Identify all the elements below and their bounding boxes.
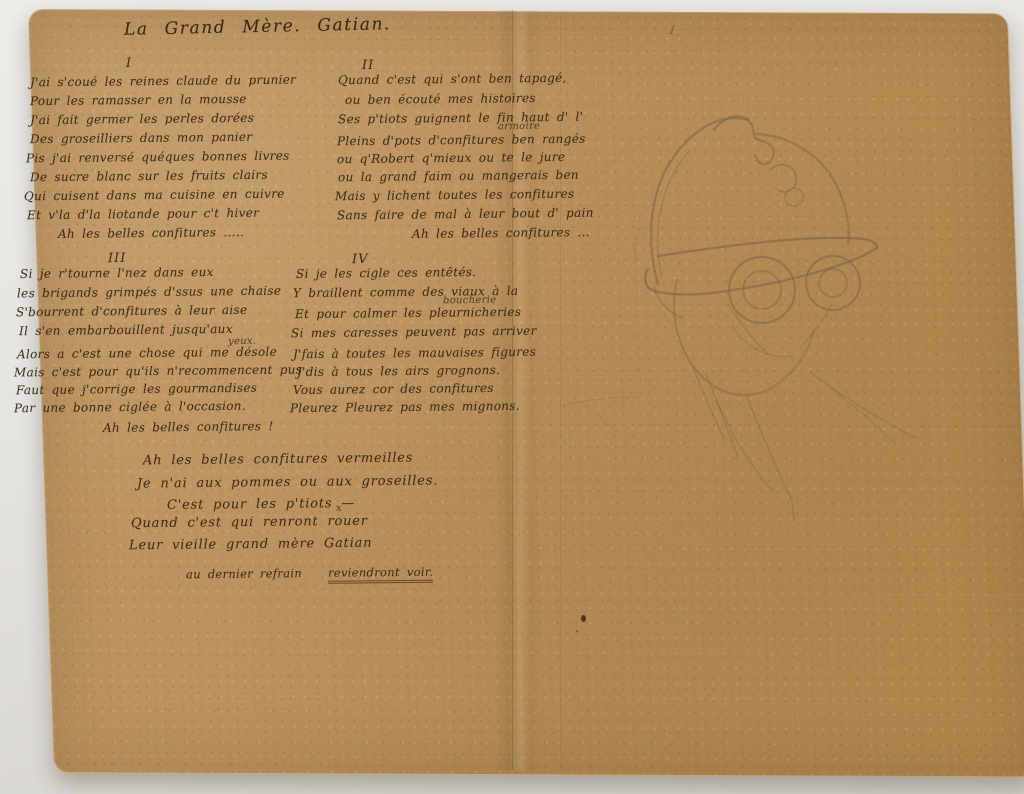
stanza-3-line: S'bourrent d'confitures à leur aise: [16, 303, 247, 319]
stanza-2-line: Mais y lichent toutes les confitures: [335, 187, 574, 204]
stanza-1-line: Pour les ramasser en la mousse: [30, 92, 247, 108]
stanza-3-line: Faut que j'corrige les gourmandises: [16, 381, 257, 398]
stanza-1-line: Qui cuisent dans ma cuisine en cuivre: [24, 187, 285, 204]
stanza-4-line: Si je les cigle ces entêtés.: [296, 265, 476, 281]
manuscript-title: La Grand Mère. Gatian.: [124, 14, 391, 40]
stanza-3-line: Si je r'tourne l'nez dans eux: [20, 265, 214, 281]
stanza-4-line: Et pour calmer les pleurnicheries: [295, 305, 521, 321]
stanza-2-line: Ses p'tiots guignent le fin haut d' l': [338, 110, 583, 127]
stanza-2-insert-word: armoire: [498, 121, 540, 132]
stanza-3-numeral: III: [108, 251, 127, 266]
stanza-1-line: Pis j'ai renversé quéques bonnes livres: [26, 149, 290, 166]
stanza-2-line: Quand c'est qui s'ont ben tapagé,: [338, 71, 567, 87]
stanza-3-line: Il s'en embarbouillent jusqu'aux: [19, 322, 233, 338]
stanza-1-numeral: I: [126, 56, 132, 71]
scanned-manuscript: La Grand Mère. Gatian. I J'ai s'coué les…: [0, 0, 1024, 794]
stanza-2-line: Pleins d'pots d'confitures ben rangés: [337, 132, 586, 149]
stanza-1-line: J'ai fait germer les perles dorées: [30, 111, 254, 127]
stanza-4-line: J'fais à toutes les mauvaises figures: [293, 345, 536, 362]
refrain-note: au dernier refrainreviendront voir.: [186, 565, 433, 582]
final-refrain-line: Quand c'est qui renront rouer: [131, 514, 368, 531]
manuscript-content: La Grand Mère. Gatian. I J'ai s'coué les…: [0, 0, 1024, 794]
page-number-mark: 1.: [667, 23, 682, 40]
paper-scratch: [560, 390, 640, 414]
note-prefix: au dernier refrain: [186, 566, 302, 581]
helmet-sketch: [628, 78, 948, 548]
stanza-2-line: ou q'Robert q'mieux ou te le jure: [337, 150, 565, 166]
final-refrain-line: Leur vieille grand mère Gatian: [129, 536, 373, 554]
stanza-1-line: Et v'la d'la liotande pour c't hiver: [27, 206, 259, 222]
final-refrain-line: C'est pour les p'tiots —: [167, 496, 355, 513]
stanza-2-numeral: II: [362, 58, 374, 73]
refrain-line: Ah les belles confitures .....: [58, 225, 244, 241]
stanza-4-line: J'dis à tous les airs grognons.: [297, 363, 500, 379]
stanza-2-line: Sans faire de mal à leur bout d' pain: [337, 206, 594, 223]
ink-blot: [576, 630, 578, 632]
stanza-3-line: les brigands grimpés d'ssus une chaise: [17, 284, 281, 301]
refrain-line: Ah les belles confitures ...: [412, 225, 590, 241]
stanza-1-line: De sucre blanc sur les fruits clairs: [30, 168, 268, 184]
stanza-1-line: J'ai s'coué les reines claude du prunier: [30, 73, 296, 90]
ink-blot: [581, 615, 586, 622]
stanza-2-line: ou ben écouté mes histoires: [345, 91, 536, 107]
final-refrain-line: Je n'ai aux pommes ou aux groseilles.: [137, 473, 438, 491]
stanza-3-line: Par une bonne ciglée à l'occasion.: [14, 399, 246, 415]
stanza-3-line: Mais c'est pour qu'ils n'recommencent pu…: [14, 362, 302, 379]
stanza-2-line: ou la grand faim ou mangerais ben: [338, 168, 579, 185]
refrain-line: Ah les belles confitures !: [103, 419, 274, 435]
note-underlined-word: reviendront voir.: [328, 565, 433, 584]
stanza-4-line: Vous aurez cor des confitures: [293, 381, 494, 397]
asterisk-mark: x: [336, 503, 342, 514]
stanza-4-line: Pleurez Pleurez pas mes mignons.: [290, 399, 520, 415]
stanza-3-line: Alors a c'est une chose qui me désole: [17, 345, 277, 362]
stanza-1-line: Des groseilliers dans mon panier: [30, 130, 252, 146]
stanza-4-line: Si mes caresses peuvent pas arriver: [291, 324, 537, 341]
stanza-4-numeral: IV: [352, 252, 369, 267]
final-refrain-line: Ah les belles confitures vermeilles: [143, 451, 413, 469]
